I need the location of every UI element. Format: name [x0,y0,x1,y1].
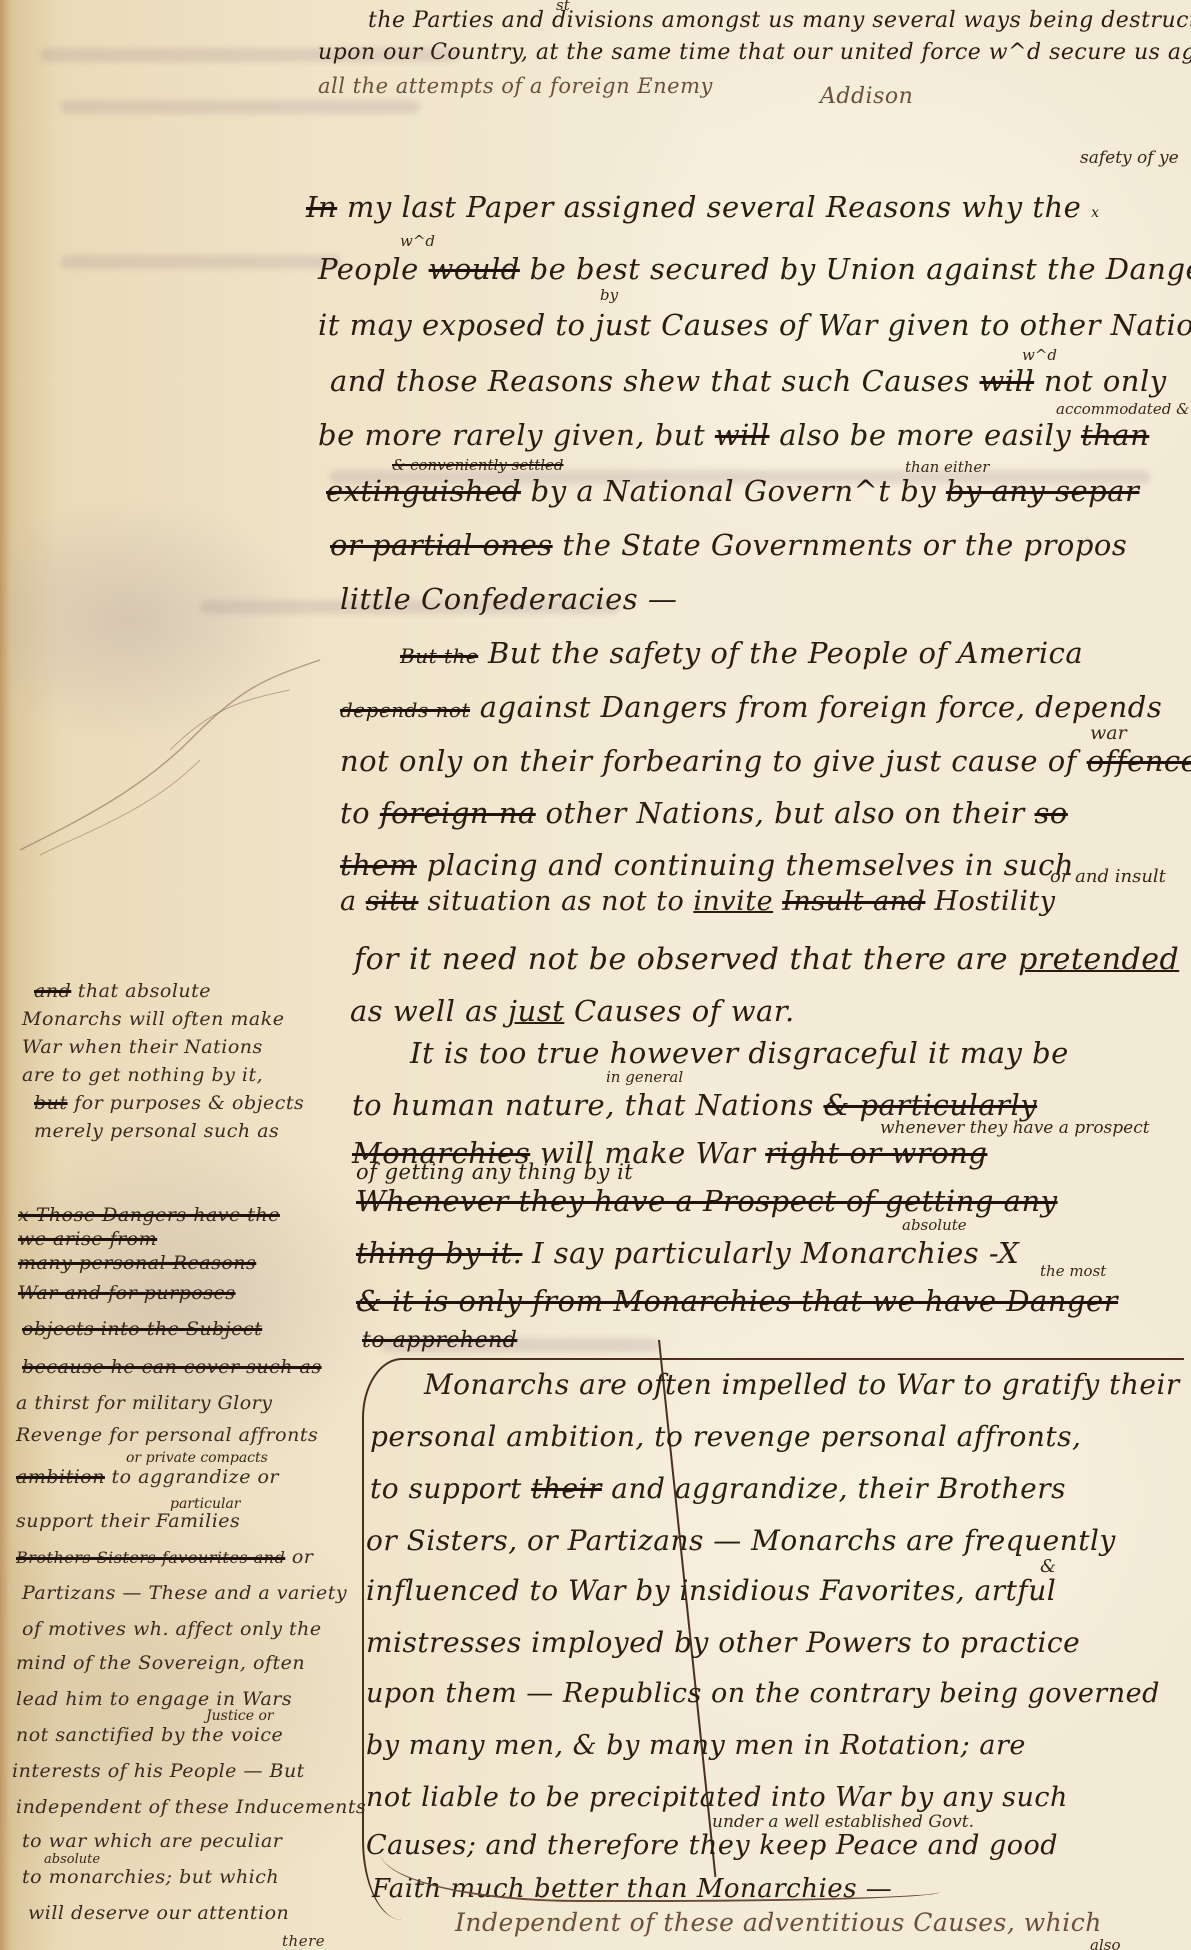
struck-text: their [531,1472,602,1505]
line-text: my last Paper assigned several Reasons w… [347,190,1081,224]
line-text: placing and continuing themselves in suc… [427,848,1074,882]
margin-line: but for purposes & objects [34,1092,304,1114]
quote-line: all the attempts of a foreign Enemy [318,74,713,98]
struck-margin-line: because he can cover such as [22,1356,322,1378]
struck-line: Whenever they have a Prospect of getting… [356,1184,1058,1218]
margin-line: to war which are peculiar [22,1830,282,1852]
struck-text: thing by it. [356,1236,522,1270]
margin-line: of motives wh. affect only the [22,1618,322,1640]
struck-insertion: & conveniently settled [392,456,564,474]
line-text: to [340,796,370,830]
line-text: and those Reasons shew that such Causes [330,364,970,398]
interlinear-insertion: w^d [400,232,435,250]
manuscript-line: to human nature, that Nations & particul… [352,1088,1037,1122]
line-text: by a National Govern^t [531,474,891,508]
margin-line: interests of his People — But [12,1760,305,1782]
line-text: not only on their forbearing to give jus… [340,744,1077,778]
interlinear-insertion: absolute [44,1852,100,1867]
manuscript-line: or Sisters, or Partizans — Monarchs are … [366,1524,1116,1557]
line-text: for purposes & objects [74,1092,304,1114]
bleed-through-stain [60,255,340,269]
struck-text: or partial ones [330,528,553,562]
line-text: also be more easily [779,418,1071,452]
margin-line: mind of the Sovereign, often [16,1652,305,1674]
interlinear-insertion: accommodated & [1056,400,1189,418]
underlined-text: pretended [1018,942,1179,977]
line-text: against Dangers from foreign force, depe… [480,690,1162,724]
interlinear-insertion: under a well established Govt. [712,1812,974,1832]
interlinear-insertion: safety of ye [1080,148,1179,168]
struck-text: so [1035,796,1068,830]
margin-line: Brothers Sisters favourites and or [16,1546,313,1568]
manuscript-page: the Parties and divisions amongst us man… [0,0,1191,1950]
manuscript-line: In my last Paper assigned several Reason… [306,190,1099,224]
manuscript-line: little Confederacies — [340,582,677,616]
manuscript-line: by many men, & by many men in Rotation; … [366,1730,1026,1761]
margin-line: there [282,1932,325,1950]
interlinear-insertion: or private compacts [126,1450,268,1466]
quote-attribution: Addison [820,84,913,109]
margin-line: are to get nothing by it, [22,1064,263,1086]
line-text: be more rarely given, but [318,418,705,452]
line-text: as well as [350,994,498,1028]
struck-text: and [34,980,71,1002]
manuscript-line: upon them — Republics on the contrary be… [366,1678,1160,1709]
manuscript-line: It is too true however disgraceful it ma… [410,1036,1069,1070]
manuscript-line: to support their and aggrandize, their B… [370,1472,1066,1505]
bracket-curve-stroke [380,1840,940,1902]
margin-line: lead him to engage in Wars [16,1688,292,1710]
manuscript-line: and those Reasons shew that such Causes … [330,364,1167,398]
struck-text: would [429,252,520,286]
line-text: But the safety of the People of America [488,636,1083,670]
manuscript-line: thing by it. I say particularly Monarchi… [356,1236,1019,1270]
line-text: to support [370,1472,522,1505]
struck-line: to apprehend [362,1328,517,1353]
line-text: by [900,474,936,508]
line-text: for it need not be observed that there a… [354,942,1008,977]
manuscript-line: Independent of these adventitious Causes… [455,1908,1102,1937]
margin-line: independent of these Inducements [16,1796,366,1818]
struck-text: by any separ [946,474,1140,508]
manuscript-line: for it need not be observed that there a… [354,942,1179,977]
line-text: the State Governments or the propos [562,528,1127,562]
interlinear-insertion: absolute [902,1216,967,1234]
margin-line: support their Families [16,1510,240,1532]
manuscript-line: to foreign na other Nations, but also on… [340,796,1068,830]
manuscript-line: personal ambition, to revenge personal a… [370,1420,1081,1453]
struck-text: In [306,190,337,224]
interlinear-insertion: also [1090,1936,1120,1950]
page-binding-edge [0,0,14,1950]
margin-line: merely personal such as [34,1120,279,1142]
struck-text: extinguished [326,474,521,508]
manuscript-line: influenced to War by insidious Favorites… [366,1574,1056,1607]
struck-text: but [34,1092,68,1114]
manuscript-line: not only on their forbearing to give jus… [340,744,1191,778]
quote-line: upon our Country, at the same time that … [318,40,1191,65]
line-text: to aggrandize or [112,1466,279,1488]
margin-line: ambition to aggrandize or [16,1466,279,1488]
struck-text: depends not [340,698,470,722]
interlinear-insertion: the most [1040,1262,1106,1280]
line-text: that absolute [78,980,211,1002]
line-text: Causes of war. [574,994,795,1028]
line-text: other Nations, but also on their [545,796,1024,830]
manuscript-line: mistresses imployed by other Powers to p… [366,1626,1080,1659]
line-text: to human nature, that Nations [352,1088,814,1122]
margin-line: a thirst for military Glory [16,1392,273,1414]
interlinear-insertion: of getting any thing by it [356,1160,633,1184]
manuscript-line: be more rarely given, but will also be m… [318,418,1149,452]
struck-margin-line: x Those Dangers have the [18,1204,280,1226]
interlinear-insertion: war [1090,722,1127,744]
struck-text: than [1081,418,1149,452]
manuscript-line: as well as just Causes of war. [350,994,795,1028]
interlinear-insertion: st [556,0,570,14]
manuscript-line: Monarchs are often impelled to War to gr… [424,1368,1180,1401]
line-text: and aggrandize, their Brothers [611,1472,1066,1505]
underlined-text: just [508,994,564,1028]
line-text: not only [1044,364,1167,398]
interlinear-insertion: or and insult [1050,866,1166,887]
margin-line: and that absolute [34,980,211,1002]
manuscript-line: a situ situation as not to invite Insult… [340,886,1056,917]
struck-text: will [979,364,1034,398]
interlinear-insertion: w^d [1022,346,1057,364]
struck-line: & it is only from Monarchies that we hav… [356,1284,1118,1318]
struck-margin-line: we arise from [18,1228,157,1250]
manuscript-line: depends not against Dangers from foreign… [340,690,1162,724]
struck-text: foreign na [380,796,536,830]
struck-text: offence [1087,744,1191,778]
margin-line: not sanctified by the voice [16,1724,283,1746]
struck-text: ambition [16,1466,105,1488]
struck-text: Brothers Sisters favourites and [16,1548,285,1567]
caret-mark: x [1091,205,1099,221]
struck-margin-line: objects into the Subject [22,1318,262,1340]
margin-line: Partizans — These and a variety [22,1582,347,1604]
insertion-mark: -X [989,1236,1019,1270]
line-text: People [318,252,419,286]
struck-text: situ [366,886,419,917]
quote-line: the Parties and divisions amongst us man… [368,8,1191,33]
manuscript-line: it may exposed to just Causes of War giv… [318,308,1191,342]
paper-crack-marks [20,640,380,860]
margin-line: to monarchies; but which [22,1866,279,1888]
margin-line: Revenge for personal affronts [16,1424,318,1446]
line-text: situation as not to [428,886,685,917]
manuscript-line: But the But the safety of the People of … [400,636,1083,670]
struck-margin-line: War and for purposes [18,1282,236,1304]
struck-margin-line: many personal Reasons [18,1252,256,1274]
interlinear-insertion: whenever they have a prospect [880,1118,1150,1138]
line-text: I say particularly Monarchies [532,1236,979,1270]
manuscript-line: not liable to be precipitated into War b… [366,1782,1068,1813]
manuscript-line: them placing and continuing themselves i… [340,848,1074,882]
margin-line: Monarchs will often make [22,1008,284,1030]
interlinear-insertion: by [600,286,618,304]
struck-text: Insult and [782,886,925,917]
line-text: Hostility [934,886,1055,917]
interlinear-insertion: in general [606,1068,683,1086]
margin-line: will deserve our attention [28,1902,289,1924]
struck-text: them [340,848,417,882]
struck-text: will [715,418,770,452]
manuscript-line: extinguished by a National Govern^t by b… [326,474,1139,508]
line-text: or [292,1546,314,1568]
manuscript-line: or partial ones the State Governments or… [330,528,1127,562]
line-text: a [340,886,357,917]
underlined-text: invite [693,886,773,917]
struck-text: right or wrong [765,1136,987,1170]
line-text: be best secured by Union against the Dan… [530,252,1191,286]
struck-text: But the [400,644,478,668]
interlinear-insertion: Justice or [206,1708,274,1724]
manuscript-line: People would be best secured by Union ag… [318,252,1191,286]
bleed-through-stain [60,100,420,114]
struck-text: & particularly [823,1088,1037,1122]
margin-line: War when their Nations [22,1036,263,1058]
